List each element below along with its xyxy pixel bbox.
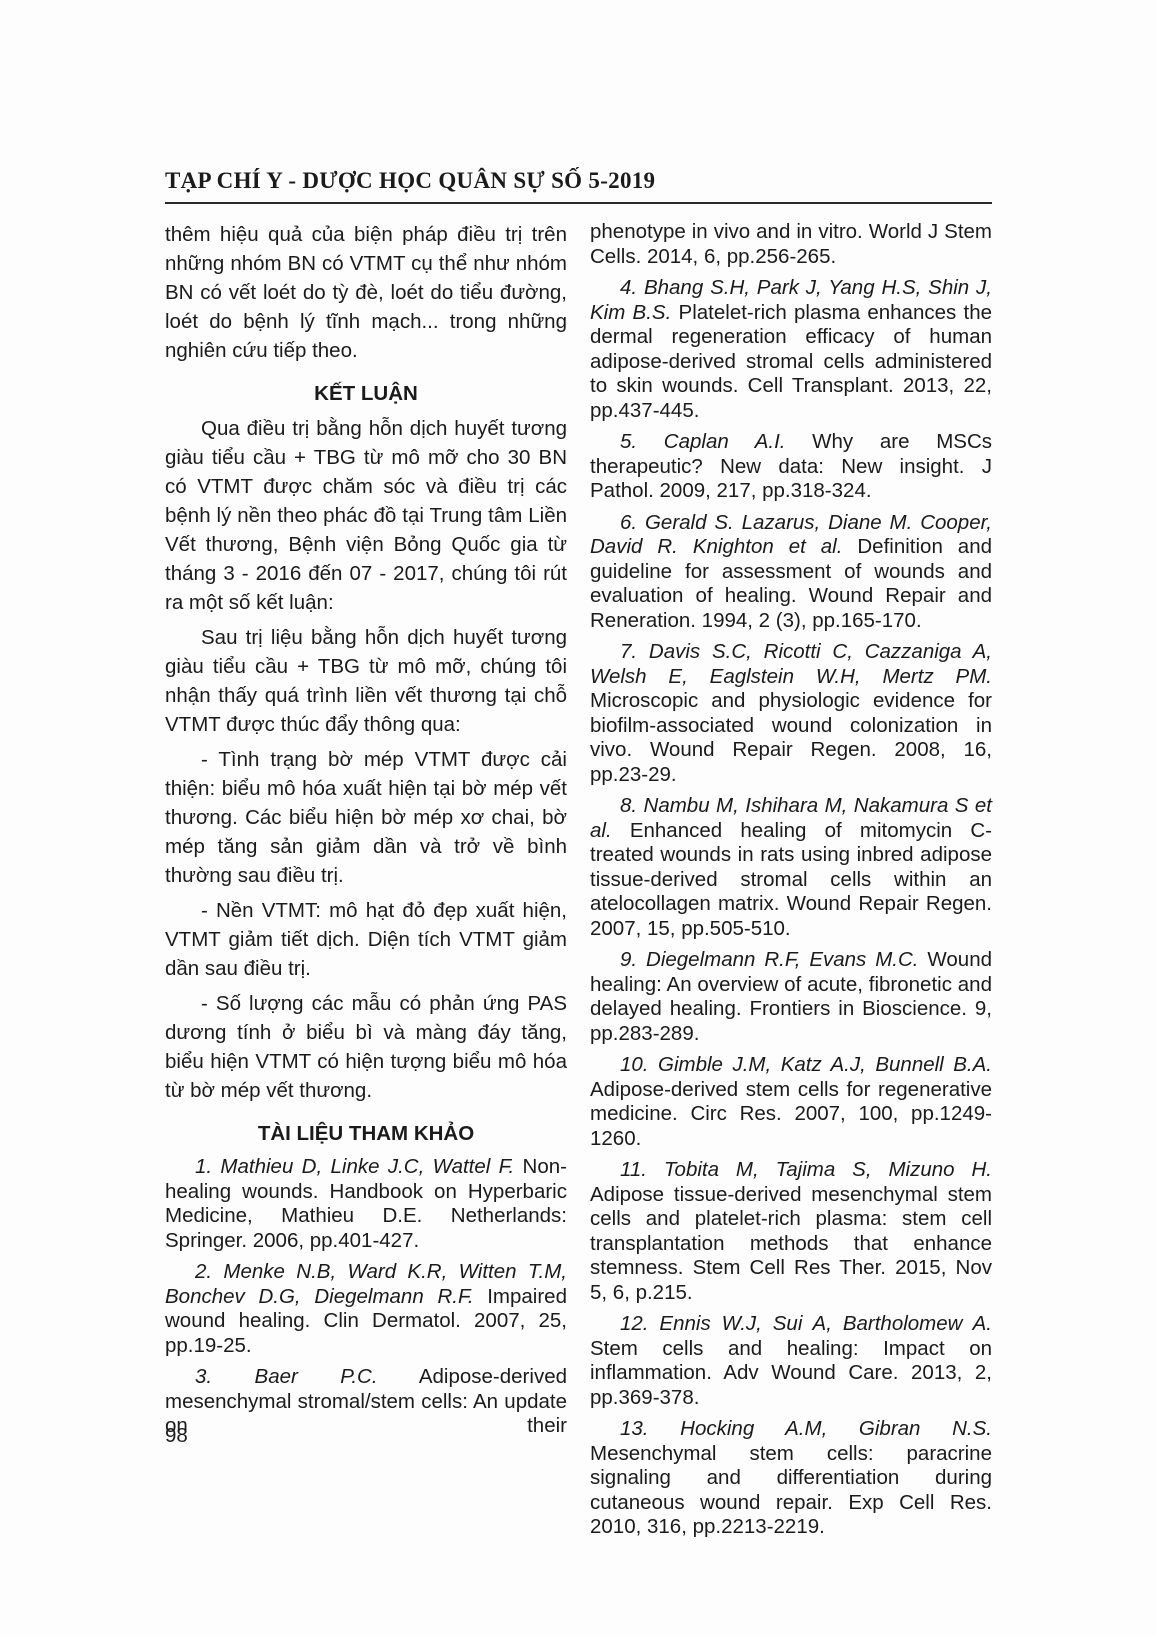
reference-3-authors: 3. Baer P.C. bbox=[195, 1365, 378, 1388]
reference-3-continuation: phenotype in vivo and in vitro. World J … bbox=[590, 220, 992, 269]
reference-5-authors: 5. Caplan A.I. bbox=[620, 430, 785, 453]
reference-item-7: 7. Davis S.C, Ricotti C, Cazzaniga A, We… bbox=[590, 640, 992, 787]
conclusion-paragraph-2: Sau trị liệu bằng hỗn dịch huyết tương g… bbox=[165, 623, 567, 739]
reference-11-text: Adipose tissue-derived mesenchymal stem … bbox=[590, 1183, 992, 1304]
reference-11-authors: 11. Tobita M, Tajima S, Mizuno H. bbox=[620, 1158, 992, 1181]
reference-10-text: Adipose-derived stem cells for regenerat… bbox=[590, 1078, 992, 1150]
reference-item-8: 8. Nambu M, Ishihara M, Nakamura S et al… bbox=[590, 794, 992, 941]
section-heading-conclusion: KẾT LUẬN bbox=[165, 379, 567, 408]
reference-item-4: 4. Bhang S.H, Park J, Yang H.S, Shin J, … bbox=[590, 276, 992, 423]
reference-item-1: 1. Mathieu D, Linke J.C, Wattel F. Non-h… bbox=[165, 1155, 567, 1253]
reference-1-authors: 1. Mathieu D, Linke J.C, Wattel F. bbox=[195, 1155, 514, 1178]
reference-item-10: 10. Gimble J.M, Katz A.J, Bunnell B.A. A… bbox=[590, 1053, 992, 1151]
reference-item-6: 6. Gerald S. Lazarus, Diane M. Cooper, D… bbox=[590, 511, 992, 634]
conclusion-paragraph-1: Qua điều trị bằng hỗn dịch huyết tương g… bbox=[165, 414, 567, 617]
reference-9-authors: 9. Diegelmann R.F, Evans M.C. bbox=[620, 948, 919, 971]
journal-header: TẠP CHÍ Y - DƯỢC HỌC QUÂN SỰ SỐ 5-2019 bbox=[165, 167, 992, 204]
reference-13-authors: 13. Hocking A.M, Gibran N.S. bbox=[620, 1417, 992, 1440]
conclusion-paragraph-3: - Tình trạng bờ mép VTMT được cải thiện:… bbox=[165, 745, 567, 890]
reference-item-9: 9. Diegelmann R.F, Evans M.C. Wound heal… bbox=[590, 948, 992, 1046]
page-number: 98 bbox=[165, 1424, 188, 1448]
reference-item-13: 13. Hocking A.M, Gibran N.S. Mesenchymal… bbox=[590, 1417, 992, 1540]
intro-paragraph: thêm hiệu quả của biện pháp điều trị trê… bbox=[165, 220, 567, 365]
journal-page: TẠP CHÍ Y - DƯỢC HỌC QUÂN SỰ SỐ 5-2019 t… bbox=[0, 0, 1157, 1636]
reference-item-5: 5. Caplan A.I. Why are MSCs therapeutic?… bbox=[590, 430, 992, 504]
left-column: thêm hiệu quả của biện pháp điều trị trê… bbox=[165, 220, 567, 1540]
journal-title: TẠP CHÍ Y - DƯỢC HỌC QUÂN SỰ SỐ 5-2019 bbox=[165, 168, 655, 193]
conclusion-paragraph-5: - Số lượng các mẫu có phản ứng PAS dương… bbox=[165, 989, 567, 1105]
section-heading-references: TÀI LIỆU THAM KHẢO bbox=[165, 1119, 567, 1148]
reference-item-11: 11. Tobita M, Tajima S, Mizuno H. Adipos… bbox=[590, 1158, 992, 1305]
reference-7-authors: 7. Davis S.C, Ricotti C, Cazzaniga A, We… bbox=[590, 640, 992, 688]
conclusion-paragraph-4: - Nền VTMT: mô hạt đỏ đẹp xuất hiện, VTM… bbox=[165, 896, 567, 983]
two-column-body: thêm hiệu quả của biện pháp điều trị trê… bbox=[165, 220, 992, 1540]
reference-12-authors: 12. Ennis W.J, Sui A, Bartholomew A. bbox=[620, 1312, 992, 1335]
reference-12-text: Stem cells and healing: Impact on inflam… bbox=[590, 1337, 992, 1409]
reference-item-3: 3. Baer P.C. Adipose-derived mesenchymal… bbox=[165, 1365, 567, 1439]
page-content: TẠP CHÍ Y - DƯỢC HỌC QUÂN SỰ SỐ 5-2019 t… bbox=[165, 167, 992, 1540]
reference-item-12: 12. Ennis W.J, Sui A, Bartholomew A. Ste… bbox=[590, 1312, 992, 1410]
reference-item-2: 2. Menke N.B, Ward K.R, Witten T.M, Bonc… bbox=[165, 1260, 567, 1358]
reference-8-text: Enhanced healing of mitomycin C-treated … bbox=[590, 819, 992, 940]
reference-7-text: Microscopic and physiologic evidence for… bbox=[590, 689, 992, 786]
reference-10-authors: 10. Gimble J.M, Katz A.J, Bunnell B.A. bbox=[620, 1053, 992, 1076]
reference-13-text: Mesenchymal stem cells: paracrine signal… bbox=[590, 1442, 992, 1539]
right-column: phenotype in vivo and in vitro. World J … bbox=[590, 220, 992, 1540]
